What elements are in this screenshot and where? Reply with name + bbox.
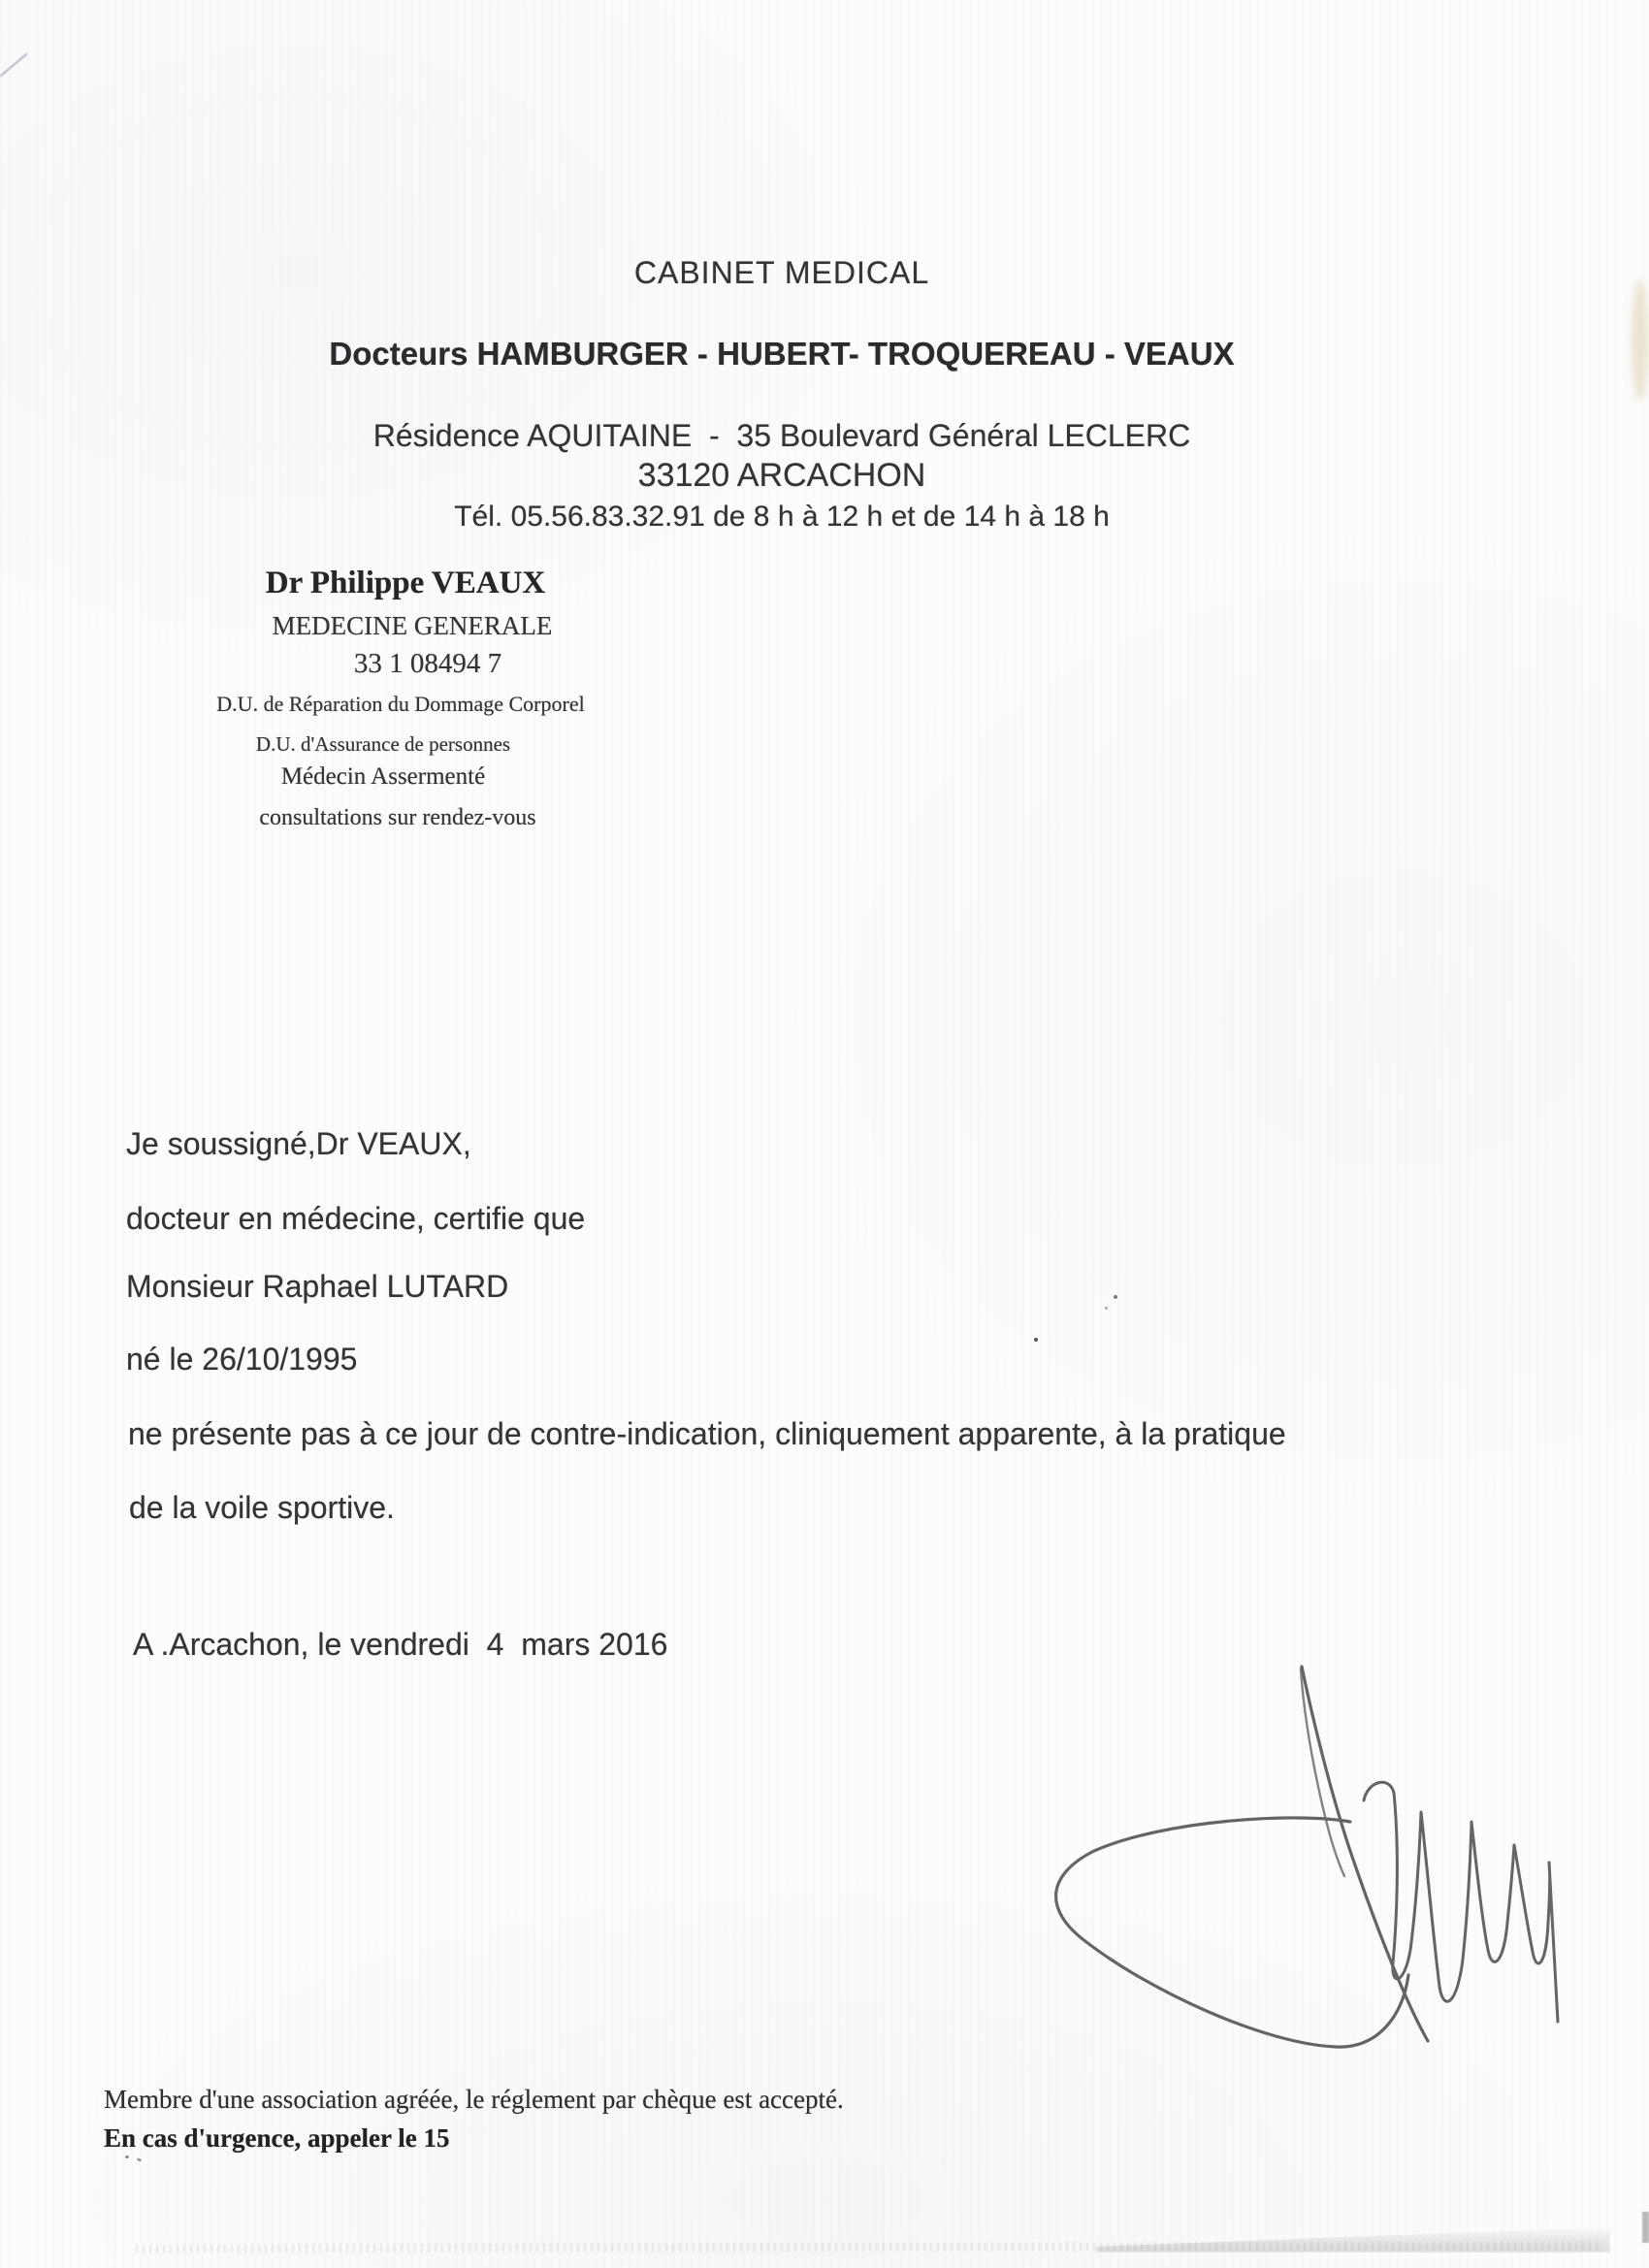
body-line-sport: de la voile sportive. bbox=[129, 1490, 395, 1526]
signature-stroke-diagonal bbox=[1302, 1667, 1428, 2041]
doctor-name: Dr Philippe VEAUX bbox=[266, 566, 546, 602]
city-line: 33120 ARCACHON bbox=[638, 457, 926, 495]
signature bbox=[989, 1630, 1591, 2066]
sworn-doctor-line: Médecin Assermenté bbox=[281, 763, 485, 792]
diploma-line-1: D.U. de Réparation du Dommage Corporel bbox=[216, 692, 584, 716]
body-line-patient-name: Monsieur Raphael LUTARD bbox=[126, 1269, 508, 1305]
body-line-undersigned: Je soussigné,Dr VEAUX, bbox=[126, 1126, 471, 1162]
doctors-names-line: Docteurs HAMBURGER - HUBERT- TROQUEREAU … bbox=[329, 336, 1234, 373]
registration-number: 33 1 08494 7 bbox=[354, 648, 501, 680]
scan-grain-wedge-bottom-right bbox=[1096, 2225, 1610, 2252]
doctor-specialty: MEDECINE GENERALE bbox=[273, 611, 553, 641]
body-line-certifies: docteur en médecine, certifie que bbox=[126, 1201, 585, 1237]
scan-speck bbox=[1034, 1338, 1038, 1342]
scan-edge-sliver-bottom-right bbox=[1642, 2212, 1649, 2243]
scan-mark-top-left bbox=[0, 53, 27, 78]
body-line-no-contraindication: ne présente pas à ce jour de contre-indi… bbox=[128, 1416, 1286, 1452]
phone-line: Tél. 05.56.83.32.91 de 8 h à 12 h et de … bbox=[454, 501, 1110, 535]
scan-speck bbox=[1105, 1307, 1108, 1310]
scan-speck bbox=[1114, 1295, 1117, 1299]
address-line: Résidence AQUITAINE - 35 Boulevard Génér… bbox=[373, 418, 1190, 454]
consultations-line: consultations sur rendez-vous bbox=[259, 805, 535, 832]
clinic-title: CABINET MEDICAL bbox=[634, 255, 929, 291]
signature-stroke-upstroke bbox=[1301, 1669, 1344, 1876]
scanned-document-page: CABINET MEDICAL Docteurs HAMBURGER - HUB… bbox=[0, 0, 1649, 2268]
footer-emergency-line: En cas d'urgence, appeler le 15 bbox=[104, 2123, 449, 2154]
scan-smudge-right-edge bbox=[1632, 279, 1649, 402]
signature-stroke-ellipse bbox=[1056, 1818, 1408, 2047]
place-date-line: A .Arcachon, le vendredi 4 mars 2016 bbox=[133, 1627, 667, 1663]
scan-speck bbox=[137, 2157, 143, 2162]
diploma-line-2: D.U. d'Assurance de personnes bbox=[256, 732, 510, 756]
body-line-birthdate: né le 26/10/1995 bbox=[126, 1342, 357, 1377]
signature-stroke-loops bbox=[1364, 1782, 1558, 2022]
scan-grain-band-bottom bbox=[136, 2241, 1600, 2252]
footer-association-line: Membre d'une association agréée, le régl… bbox=[104, 2085, 844, 2115]
scan-speck bbox=[125, 2155, 129, 2158]
